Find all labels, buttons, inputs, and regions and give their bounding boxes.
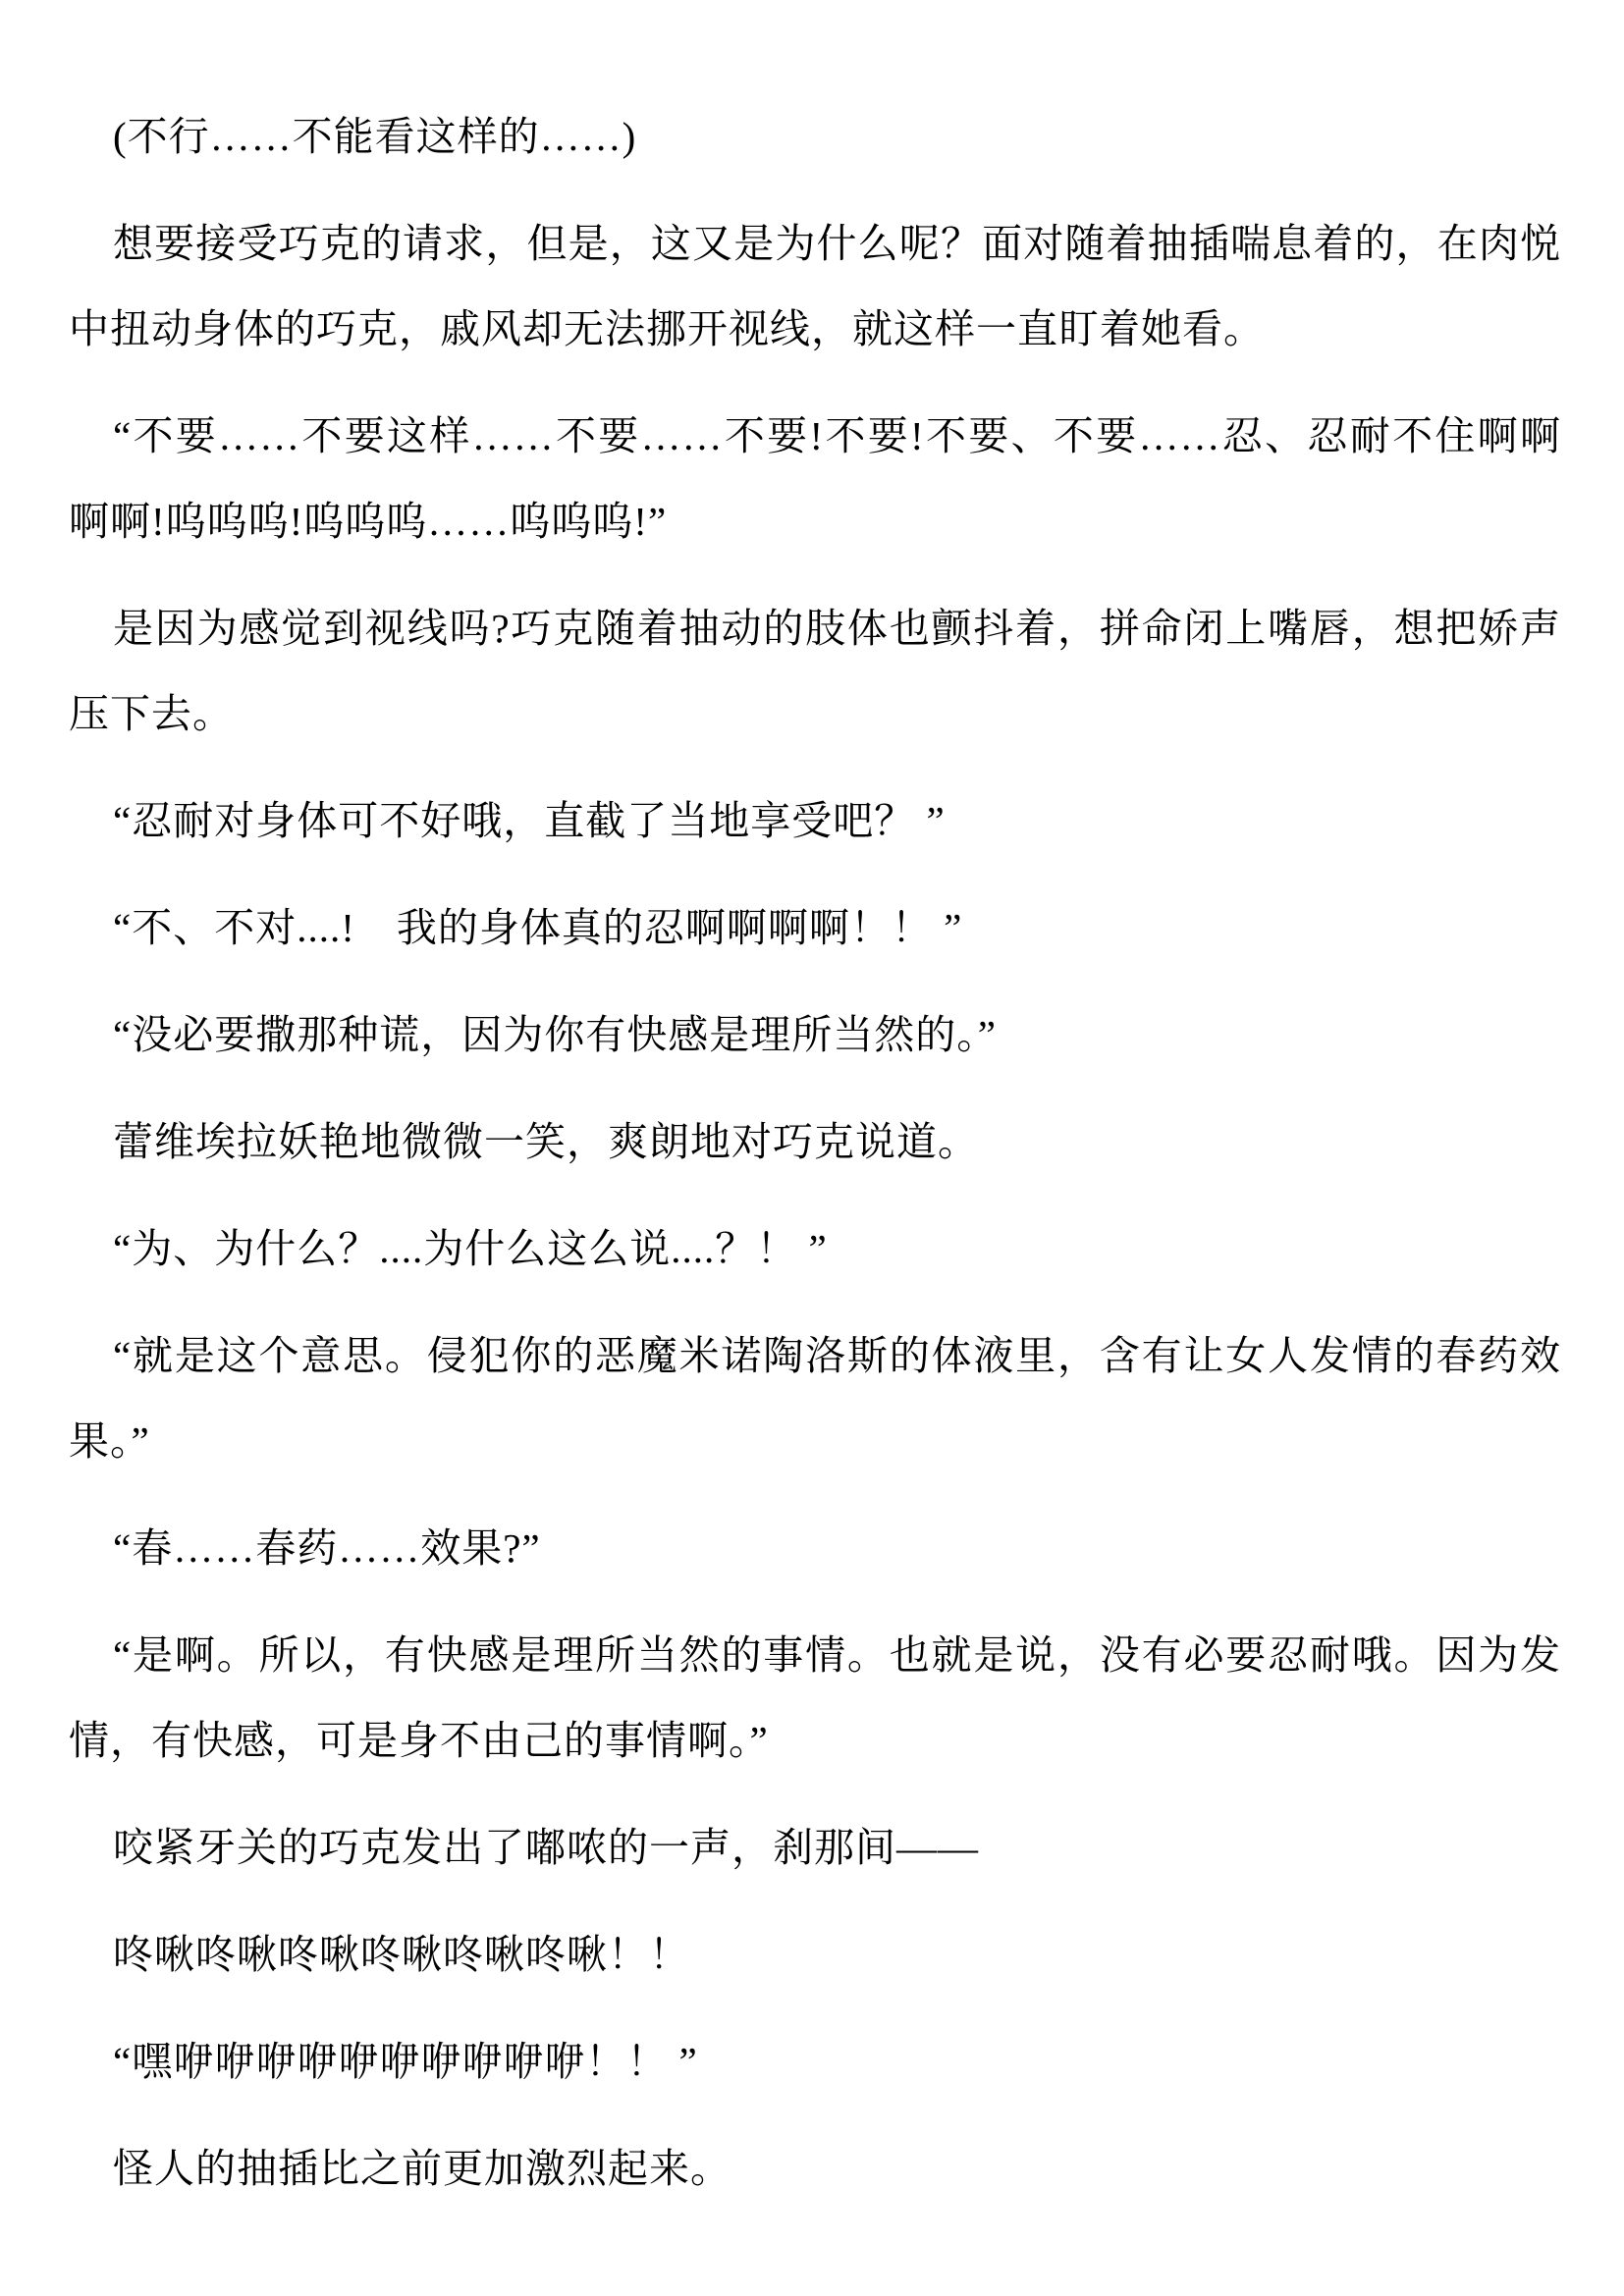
paragraph-dialogue-2: “忍耐对身体可不好哦，直截了当地享受吧？ ”	[69, 778, 1561, 864]
paragraph-dialogue-6: “就是这个意思。侵犯你的恶魔米诺陶洛斯的体液里，含有让女人发情的春药效果。”	[69, 1313, 1561, 1484]
paragraph-narration-5: 怪人的抽插比之前更加激烈起来。	[69, 2126, 1561, 2212]
paragraph-dialogue-7: “春……春药……效果?”	[69, 1506, 1561, 1591]
paragraph-sound-effect: 咚啾咚啾咚啾咚啾咚啾咚啾！！	[69, 1912, 1561, 1998]
document-page: (不行……不能看这样的……) 想要接受巧克的请求，但是，这又是为什么呢？面对随着…	[0, 0, 1624, 2296]
paragraph-narration-4: 咬紧牙关的巧克发出了嘟哝的一声，刹那间——	[69, 1805, 1561, 1891]
paragraph-dialogue-3: “不、不对....! 我的身体真的忍啊啊啊啊！！ ”	[69, 885, 1561, 971]
paragraph-dialogue-9: “嘿咿咿咿咿咿咿咿咿咿咿！！ ”	[69, 2019, 1561, 2105]
paragraph-dialogue-8: “是啊。所以，有快感是理所当然的事情。也就是说，没有必要忍耐哦。因为发情，有快感…	[69, 1613, 1561, 1784]
paragraph-dialogue-1: “不要……不要这样……不要……不要!不要!不要、不要……忍、忍耐不住啊啊啊啊!呜…	[69, 394, 1561, 564]
paragraph-narration-1: 想要接受巧克的请求，但是，这又是为什么呢？面对随着抽插喘息着的，在肉悦中扭动身体…	[69, 201, 1561, 372]
paragraph-narration-2: 是因为感觉到视线吗?巧克随着抽动的肢体也颤抖着，拼命闭上嘴唇，想把娇声压下去。	[69, 586, 1561, 757]
paragraph-narration-3: 蕾维埃拉妖艳地微微一笑，爽朗地对巧克说道。	[69, 1099, 1561, 1185]
paragraph-inner-monologue: (不行……不能看这样的……)	[69, 94, 1561, 180]
paragraph-dialogue-5: “为、为什么？....为什么这么说....？！ ”	[69, 1206, 1561, 1292]
paragraph-dialogue-4: “没必要撒那种谎，因为你有快感是理所当然的。”	[69, 992, 1561, 1078]
